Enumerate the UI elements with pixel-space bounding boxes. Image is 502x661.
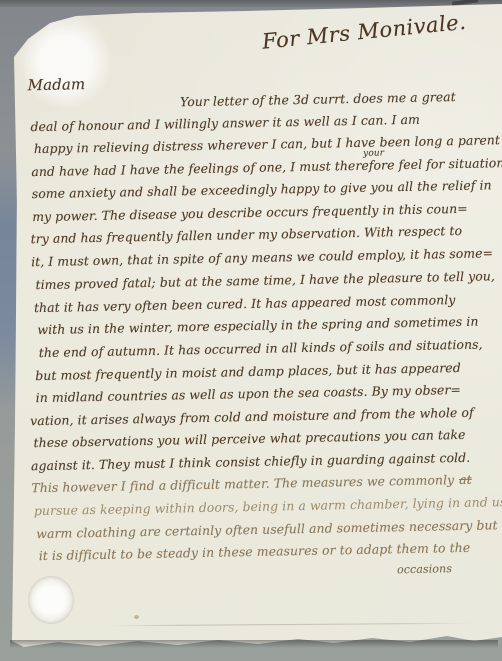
salutation: Madam	[28, 75, 86, 94]
interlinear-insertion: your	[363, 148, 384, 158]
letter-line: that it has very often been cured. It ha…	[34, 292, 456, 315]
letter-line-text: This however I find a difficult matter. …	[31, 472, 454, 495]
letter-line: This however I find a difficult matter. …	[31, 472, 472, 495]
scanned-letter-page: For Mrs Monivale. Madam Your letter of t…	[0, 0, 502, 661]
address-header: For Mrs Monivale.	[261, 10, 467, 54]
letter-line: try and has frequently fallen under my o…	[31, 223, 463, 246]
letter-line: some anxiety and shall be exceedingly ha…	[32, 177, 492, 201]
struck-word: at	[459, 472, 472, 487]
letter-line: it is difficult to be steady in these me…	[39, 540, 471, 563]
letter-line: against it. They must I think consist ch…	[31, 450, 470, 473]
letter-line: these observations you will perceive wha…	[33, 427, 465, 450]
letter-line: and have had I have the feelings of one,…	[31, 154, 502, 179]
letter-line: the end of autumn. It has occurred in al…	[39, 337, 483, 361]
letter-line: my power. The disease you describe occur…	[32, 201, 468, 224]
letter-line: pursue as keeping within doors, being in…	[34, 494, 502, 518]
letter-line: Your letter of the 3d currt. does me a g…	[180, 89, 456, 109]
letter-line: warm cloathing are certainly often usefu…	[36, 517, 498, 541]
letter-line: with us in the winter, more especially i…	[37, 314, 478, 337]
letter-line: in midland countries as well as upon the…	[36, 382, 461, 405]
letter-line: deal of honour and I willingly answer it…	[30, 112, 420, 134]
handwriting-layer: For Mrs Monivale. Madam Your letter of t…	[0, 0, 502, 661]
catchword: occasions	[397, 562, 452, 576]
letter-line: it, I must own, that in spite of any mea…	[31, 245, 493, 269]
letter-line: vation, it arises always from cold and m…	[30, 405, 474, 429]
letter-line: but most frequently in moist and damp pl…	[35, 360, 461, 383]
letter-line: happy in relieving distress wherever I c…	[34, 132, 500, 156]
letter-line: times proved fatal; but at the same time…	[35, 268, 495, 292]
